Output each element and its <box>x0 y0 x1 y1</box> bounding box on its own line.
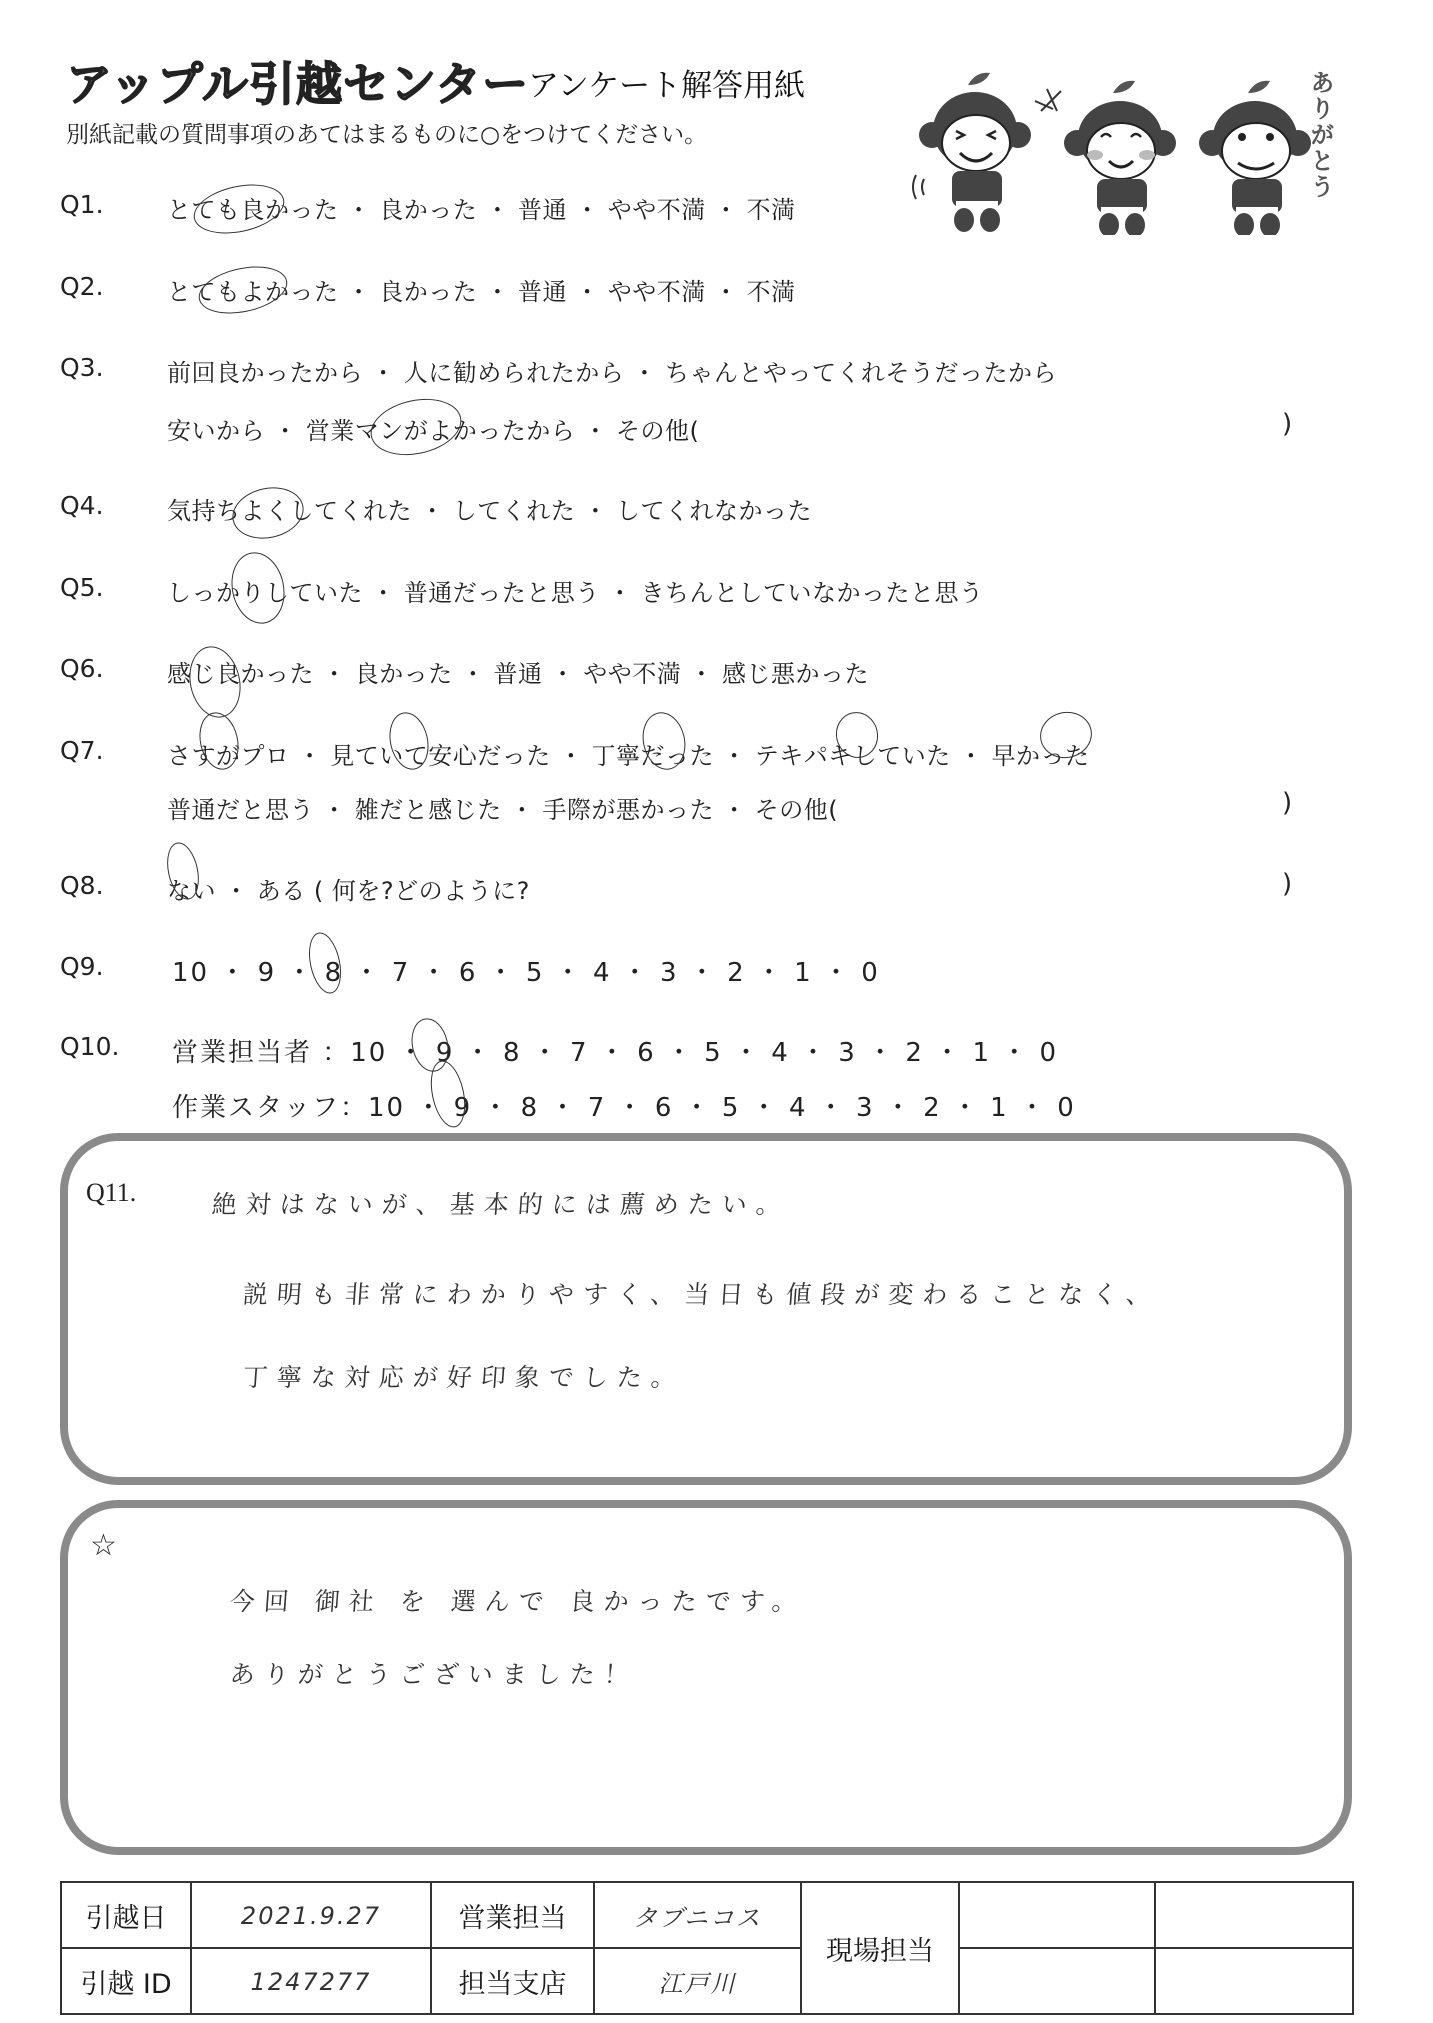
star-icon: ☆ <box>90 1528 117 1563</box>
q5-options[interactable]: しっかりしていた ・ 普通だったと思う ・ きちんとしていなかったと思う <box>167 573 984 608</box>
q7-label: Q7. <box>60 736 104 765</box>
move-info-table: 引越日 2021.9.27 営業担当 タブニコス 現場担当 引越 ID 1247… <box>60 1881 1354 2015</box>
company-title: アップル引越センター <box>66 48 529 114</box>
site-staff-cell[interactable] <box>1155 1882 1353 1948</box>
branch-label: 担当支店 <box>431 1948 594 2014</box>
move-date-label: 引越日 <box>61 1882 191 1948</box>
q11-answer-line3: 丁寧な対応が好印象でした。 <box>242 1358 687 1394</box>
q11-answer-line2: 説明も非常にわかりやすく、当日も値段が変わることなく、 <box>242 1275 1162 1311</box>
monkey-icon <box>913 73 1031 232</box>
q10-sales-options[interactable]: 営業担当者 ：10 ・ 9 ・ 8 ・ 7 ・ 6 ・ 5 ・ 4 ・ 3 ・ … <box>172 1032 1058 1069</box>
comments-line1: 今回 御社 を 選んで 良かったです。 <box>229 1582 807 1618</box>
branch-handwritten: 江戸川 <box>659 1970 737 1998</box>
q8-options[interactable]: ない ・ ある ( 何を?どのように? <box>167 871 530 906</box>
monkey-icon <box>1035 81 1176 235</box>
q1-label: Q1. <box>60 190 104 219</box>
q11-label: Q11. <box>86 1178 136 1208</box>
mascot-illustration <box>900 55 1340 235</box>
instruction-text: 別紙記載の質問事項のあてはまるものに○をつけてください。 <box>66 116 707 149</box>
q3-close-paren: ) <box>1282 409 1292 439</box>
q2-options[interactable]: とてもよかった ・ 良かった ・ 普通 ・ やや不満 ・ 不満 <box>167 272 796 307</box>
q7-options-line1[interactable]: さすがプロ ・ 見ていて安心だった ・ 丁寧だった ・ テキパキしていた ・ 早… <box>167 736 1090 771</box>
q3-options-line1[interactable]: 前回良かったから ・ 人に勧められたから ・ ちゃんとやってくれそうだったから <box>167 353 1057 388</box>
move-id-handwritten: 1247277 <box>251 1968 372 1996</box>
q1-options[interactable]: とても良かった ・ 良かった ・ 普通 ・ やや不満 ・ 不満 <box>167 190 796 225</box>
q7-close-paren: ) <box>1282 788 1292 818</box>
site-staff-label: 現場担当 <box>801 1882 959 2014</box>
site-staff-cell[interactable] <box>1155 1948 1353 2014</box>
q6-options[interactable]: 感じ良かった ・ 良かった ・ 普通 ・ やや不満 ・ 感じ悪かった <box>167 654 869 689</box>
site-staff-cell[interactable] <box>959 1882 1155 1948</box>
q3-label: Q3. <box>60 353 104 382</box>
q6-label: Q6. <box>60 654 104 683</box>
q10-label: Q10. <box>60 1032 119 1061</box>
move-date-handwritten: 2021.9.27 <box>241 1902 381 1930</box>
q4-label: Q4. <box>60 491 104 520</box>
mascot-caption: ありがとう <box>1303 70 1338 200</box>
comments-line2: ありがとうございました！ <box>229 1655 640 1691</box>
q9-options[interactable]: 10 ・ 9 ・ 8 ・ 7 ・ 6 ・ 5 ・ 4 ・ 3 ・ 2 ・ 1 ・… <box>172 952 880 989</box>
q3-options-line2[interactable]: 安いから ・ 営業マンがよかったから ・ その他( <box>167 411 699 446</box>
sales-rep-value[interactable]: タブニコス <box>594 1882 801 1948</box>
form-title: アンケート解答用紙 <box>528 60 805 105</box>
q4-options[interactable]: 気持ちよくしてくれた ・ してくれた ・ してくれなかった <box>167 491 812 526</box>
q8-close-paren: ) <box>1282 869 1292 899</box>
site-staff-cell[interactable] <box>959 1948 1155 2014</box>
sales-rep-label: 営業担当 <box>431 1882 594 1948</box>
q9-label: Q9. <box>60 952 104 981</box>
q8-label: Q8. <box>60 871 104 900</box>
q10-staff-options[interactable]: 作業スタッフ：10 ・ 9 ・ 8 ・ 7 ・ 6 ・ 5 ・ 4 ・ 3 ・ … <box>172 1087 1076 1124</box>
sales-rep-handwritten: タブニコス <box>633 1904 762 1932</box>
move-date-value[interactable]: 2021.9.27 <box>191 1882 431 1948</box>
branch-value[interactable]: 江戸川 <box>594 1948 801 2014</box>
q2-label: Q2. <box>60 272 104 301</box>
move-id-value[interactable]: 1247277 <box>191 1948 431 2014</box>
monkey-icon <box>1199 81 1311 235</box>
q11-answer-line1: 絶対はないが、基本的には薦めたい。 <box>211 1185 792 1221</box>
q7-options-line2[interactable]: 普通だと思う ・ 雑だと感じた ・ 手際が悪かった ・ その他( <box>167 790 838 825</box>
q5-label: Q5. <box>60 573 104 602</box>
move-id-label: 引越 ID <box>61 1948 191 2014</box>
